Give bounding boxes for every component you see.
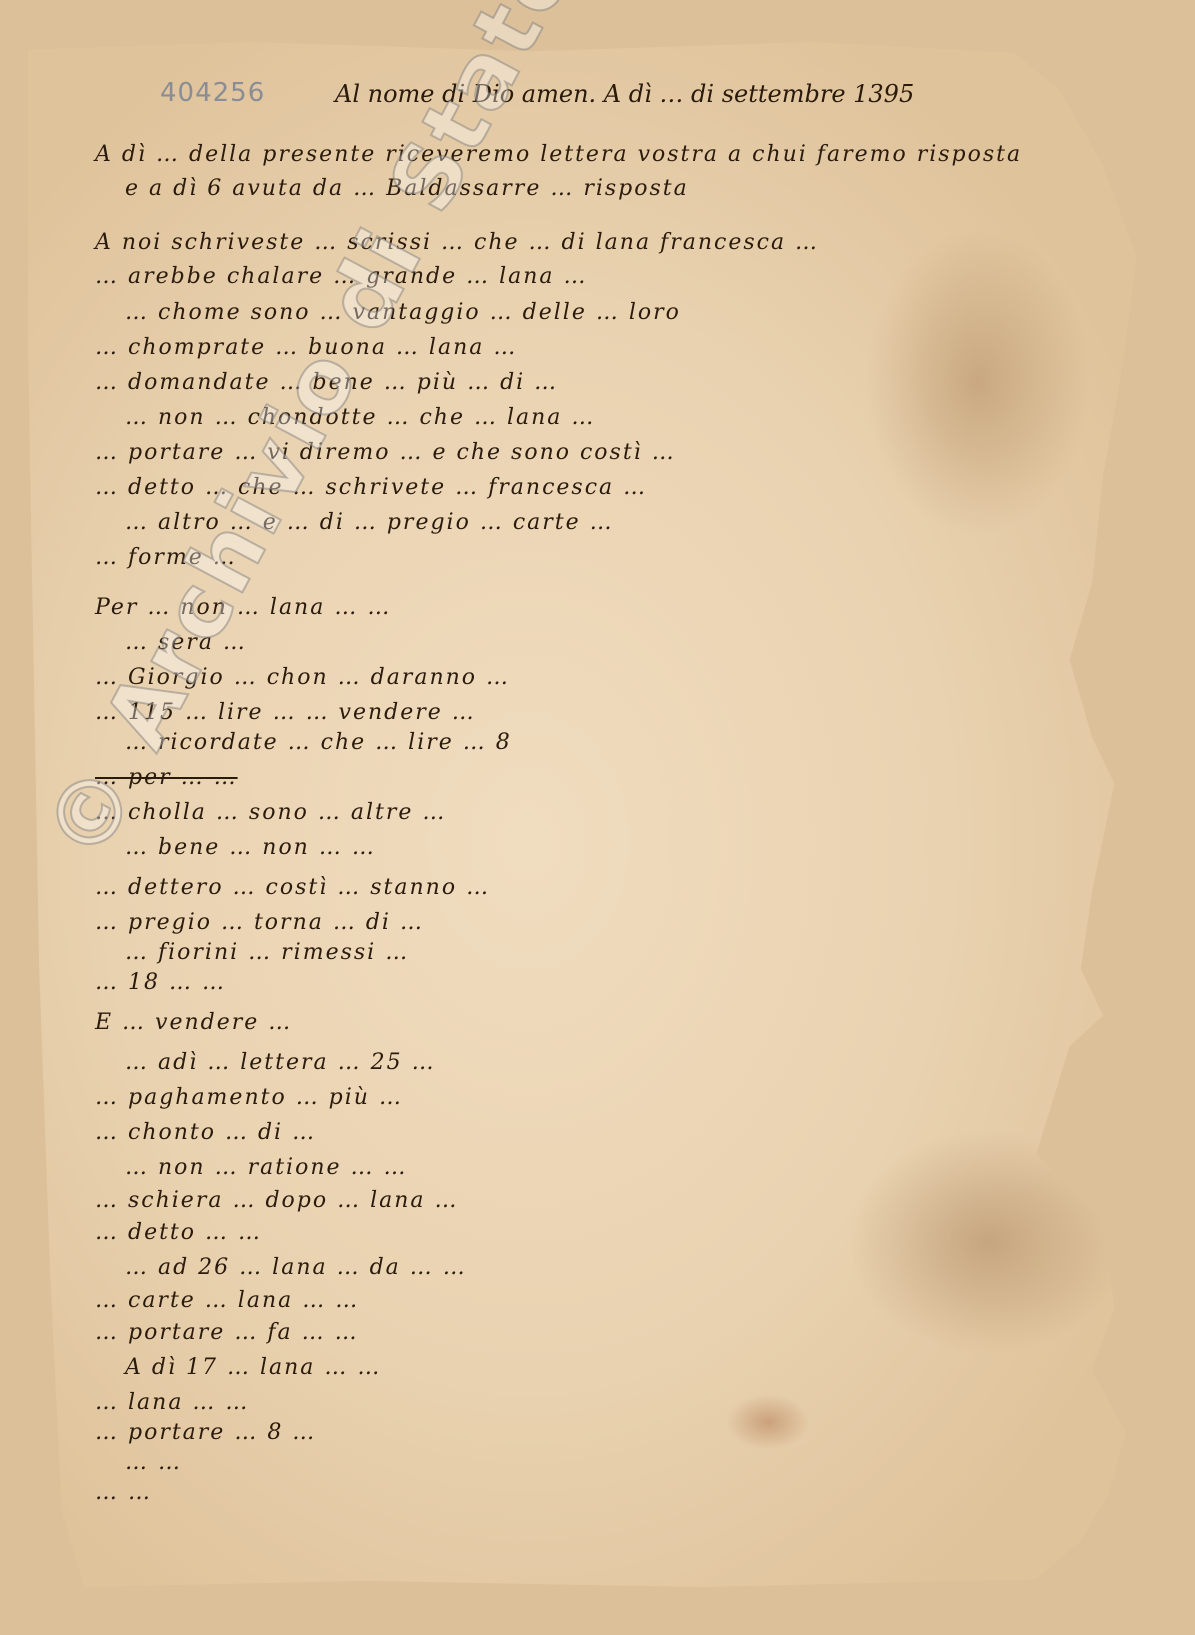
manuscript-line: E … vendere … — [95, 1010, 292, 1035]
manuscript-line: … adì … lettera … 25 … — [125, 1050, 436, 1075]
manuscript-line: … non … ratione … … — [125, 1155, 408, 1180]
manuscript-line: … detto … … — [95, 1220, 262, 1245]
manuscript-line: … schiera … dopo … lana … — [95, 1188, 459, 1213]
manuscript-line: … detto … che … schrivete … francesca … — [95, 475, 647, 500]
manuscript-line: … lana … … — [95, 1390, 249, 1415]
manuscript-line: … carte … lana … … — [95, 1288, 359, 1313]
manuscript-line: … ad 26 … lana … da … … — [125, 1255, 467, 1280]
manuscript-line: … … — [95, 1480, 152, 1505]
manuscript-line: A dì … della presente riceveremo lettera… — [95, 142, 1022, 167]
manuscript-line: … paghamento … più … — [95, 1085, 403, 1110]
manuscript-line: … … — [125, 1450, 182, 1475]
manuscript-line: … 18 … … — [95, 970, 226, 995]
manuscript-line: … fiorini … rimessi … — [125, 940, 409, 965]
catalog-number: 404256 — [160, 78, 265, 108]
manuscript-line: A noi schriveste … scrissi … che … di la… — [95, 230, 819, 255]
manuscript-line: … portare … fa … … — [95, 1320, 359, 1345]
manuscript-line: … chonto … di … — [95, 1120, 316, 1145]
manuscript-line: … portare … vi diremo … e che sono costì… — [95, 440, 676, 465]
manuscript-line: … bene … non … … — [125, 835, 376, 860]
manuscript-line: … pregio … torna … di … — [95, 910, 424, 935]
manuscript-line: A dì 17 … lana … … — [125, 1355, 381, 1380]
manuscript-line: … dettero … costì … stanno … — [95, 875, 490, 900]
manuscript-line: … portare … 8 … — [95, 1420, 316, 1445]
